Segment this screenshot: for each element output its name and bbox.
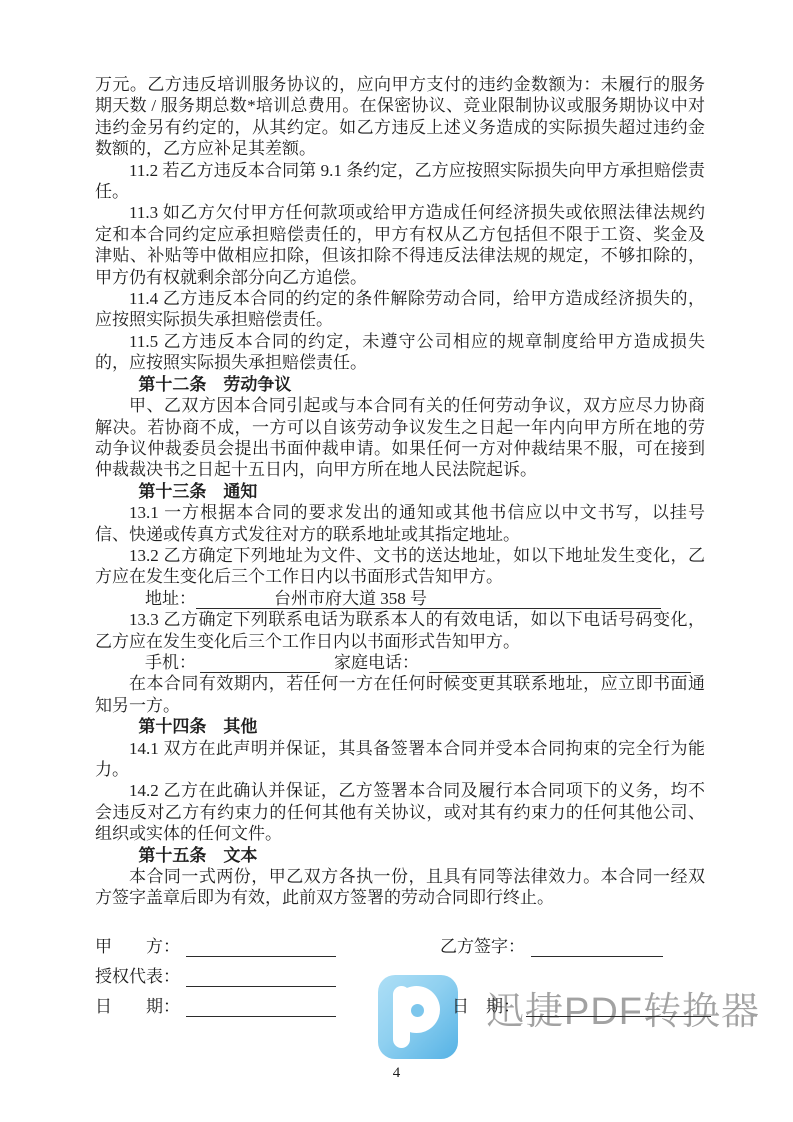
paragraph-11-2: 11.2 若乙方违反本合同第 9.1 条约定，乙方应按照实际损失向甲方承担赔偿责… — [95, 160, 705, 203]
paragraph-13-3: 13.3 乙方确定下列联系电话为联系本人的有效电话，如以下电话号码变化，乙方应在… — [95, 609, 705, 652]
paragraph-15-body: 本合同一式两份，甲乙双方各执一份，且具有同等法律效力。本合同一经双方签字盖章后即… — [95, 866, 705, 909]
phone-field-line: 手机：家庭电话： — [95, 652, 705, 673]
date-b-underline-field — [526, 996, 711, 1017]
mobile-label: 手机： — [145, 653, 196, 672]
date-a-underline-field — [186, 996, 336, 1017]
representative-underline-field — [186, 966, 336, 987]
paragraph-11-4: 11.4 乙方违反本合同的约定的条件解除劳动合同，给甲方造成经济损失的，应按照实… — [95, 288, 705, 331]
pdf-converter-logo-icon — [378, 975, 458, 1059]
document-body: 万元。乙方违反培训服务协议的，应向甲方支付的违约金数额为：未履行的服务期天数 /… — [95, 74, 705, 909]
party-b-date-row: 日 期： — [452, 996, 711, 1017]
address-label: 地址： — [145, 589, 196, 608]
paragraph-13-2: 13.2 乙方确定下列地址为文件、文书的送达地址，如以下地址发生变化，乙方应在发… — [95, 545, 705, 588]
party-b-signature-row: 乙方签字： — [440, 936, 663, 957]
paragraph-12-body: 甲、乙双方因本合同引起或与本合同有关的任何劳动争议，双方应尽力协商解决。若协商不… — [95, 395, 705, 481]
party-a-signature-row: 甲 方： — [95, 936, 336, 957]
date-b-label: 日 期： — [452, 997, 520, 1016]
paragraph-13-notice: 在本合同有效期内，若任何一方在任何时候变更其联系地址，应立即书面通知另一方。 — [95, 673, 705, 716]
article-heading-15-copies: 第十五条 文本 — [95, 845, 705, 866]
date-a-label: 日 期： — [95, 997, 180, 1016]
party-a-label: 甲 方： — [95, 937, 180, 956]
page-number: 4 — [0, 1063, 793, 1084]
address-field-line: 地址：台州市府大道 358 号 — [95, 588, 705, 609]
home-phone-label: 家庭电话： — [334, 653, 419, 672]
paragraph-14-1: 14.1 双方在此声明并保证，其具备签署本合同并受本合同拘束的完全行为能力。 — [95, 738, 705, 781]
authorized-representative-row: 授权代表： — [95, 966, 336, 987]
article-heading-12-labor-dispute: 第十二条 劳动争议 — [95, 374, 705, 395]
representative-label: 授权代表： — [95, 967, 180, 986]
party-a-underline-field — [186, 936, 336, 957]
paragraph-11-3: 11.3 如乙方欠付甲方任何款项或给甲方造成任何经济损失或依照法律法规约定和本合… — [95, 202, 705, 288]
paragraph-penalty-carryover: 万元。乙方违反培训服务协议的，应向甲方支付的违约金数额为：未履行的服务期天数 /… — [95, 74, 705, 160]
article-heading-13-notice: 第十三条 通知 — [95, 481, 705, 502]
paragraph-11-5: 11.5 乙方违反本合同的约定，未遵守公司相应的规章制度给甲方造成损失的，应按照… — [95, 331, 705, 374]
party-a-date-row: 日 期： — [95, 996, 336, 1017]
home-phone-underline-field — [429, 652, 691, 673]
paragraph-14-2: 14.2 乙方在此确认并保证，乙方签署本合同及履行本合同项下的义务，均不会违反对… — [95, 780, 705, 844]
party-b-label: 乙方签字： — [440, 937, 525, 956]
mobile-underline-field — [200, 652, 320, 673]
address-underline-field: 台州市府大道 358 号 — [196, 588, 661, 609]
article-heading-14-misc: 第十四条 其他 — [95, 716, 705, 737]
logo-p-hole — [411, 1004, 424, 1017]
party-b-underline-field — [531, 936, 663, 957]
paragraph-13-1: 13.1 一方根据本合同的要求发出的通知或其他书信应以中文书写，以挂号信、快递或… — [95, 502, 705, 545]
address-value: 台州市府大道 358 号 — [274, 589, 427, 608]
contract-document-page: 迅捷PDF转换器 万元。乙方违反培训服务协议的，应向甲方支付的违约金数额为：未履… — [0, 0, 793, 1122]
